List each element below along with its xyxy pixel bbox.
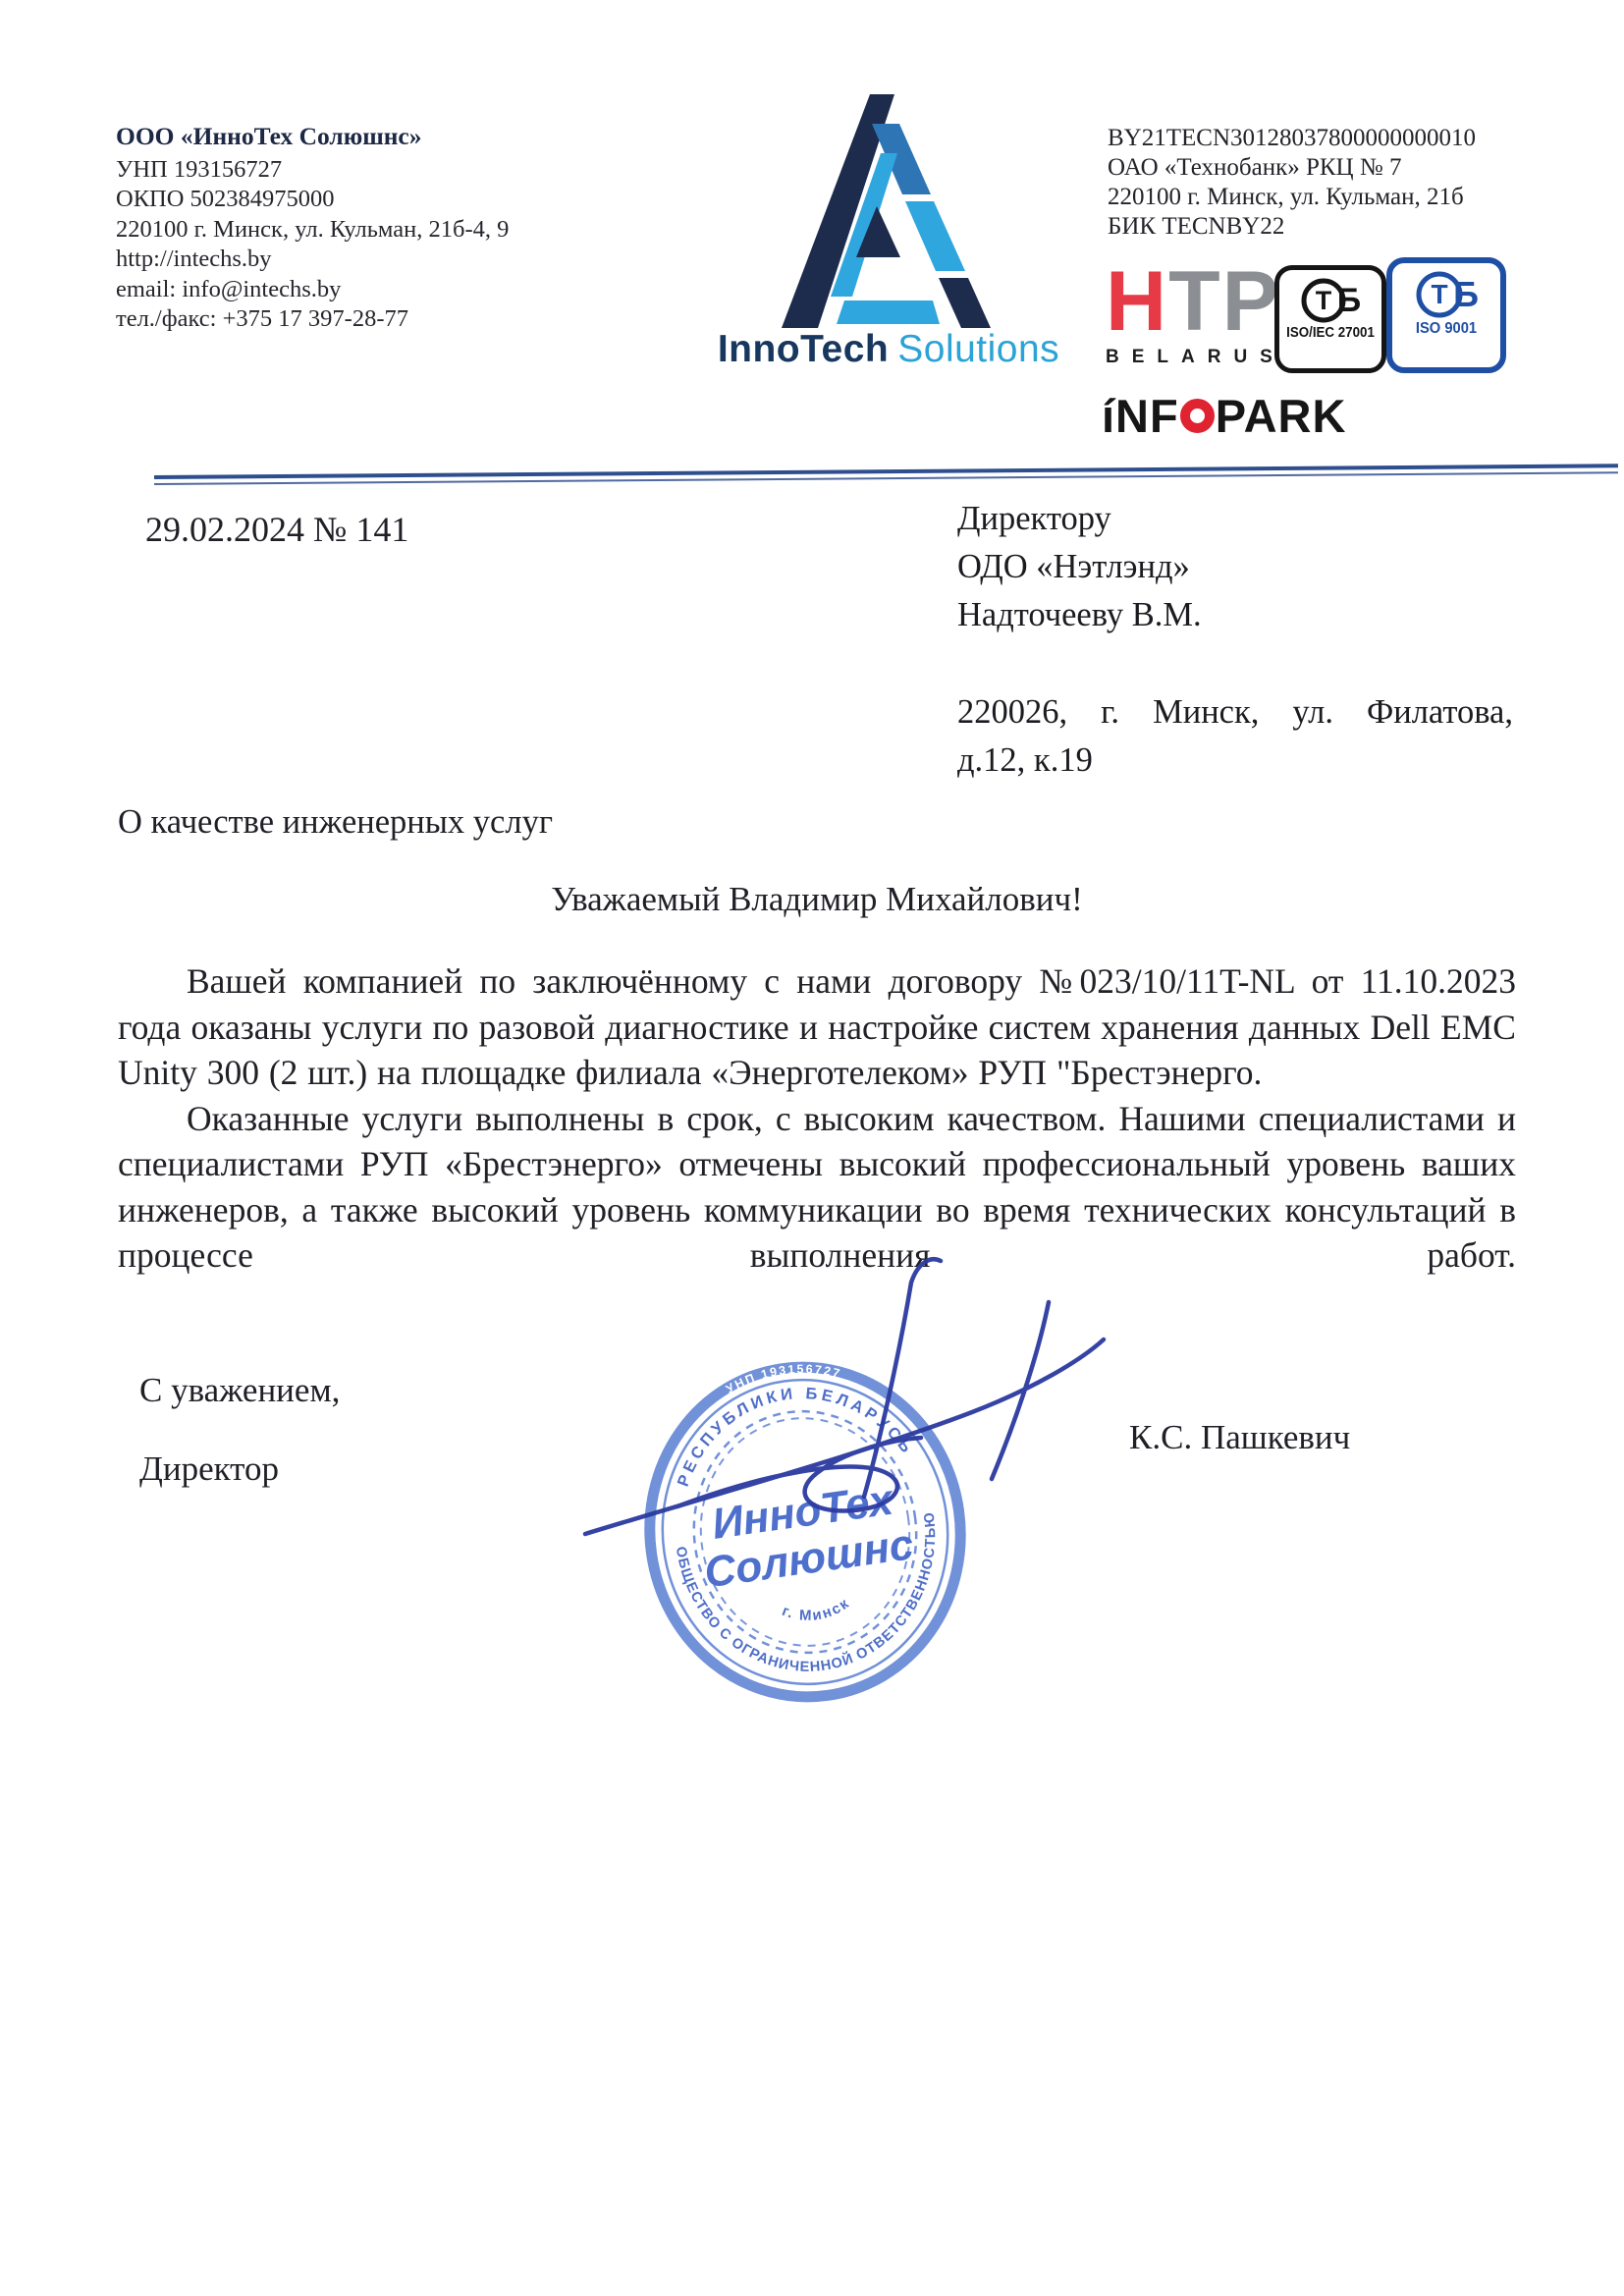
svg-text:Т: Т <box>1431 279 1447 309</box>
sender-company-name: ООО «ИнноТех Солюшнс» <box>116 122 509 152</box>
htp-letters-tp: TP <box>1168 254 1280 349</box>
svg-text:г. Минск: г. Минск <box>778 1593 855 1628</box>
recipient-address-line2: д.12, к.19 <box>957 737 1513 785</box>
signer-title: Директор <box>139 1449 279 1489</box>
stb-mark-icon: Т Б <box>1414 269 1479 320</box>
htp-caption: BELARUS <box>1106 347 1285 368</box>
recipient-block: Директору ОДО «Нэтлэнд» Надточееву В.М. … <box>957 495 1513 785</box>
sender-okpo: ОКПО 502384975000 <box>116 185 509 215</box>
sender-phone: тел./факс: +375 17 397-28-77 <box>116 304 509 335</box>
letter-body: Вашей компанией по заключённому с нами д… <box>118 958 1516 1279</box>
htp-letters: HTP <box>1106 261 1285 342</box>
wordmark-innotech: InnoTech <box>718 328 889 370</box>
body-paragraph-1: Вашей компанией по заключённому с нами д… <box>118 958 1516 1096</box>
recipient-address-line1: 220026, г. Минск, ул. Филатова, <box>957 688 1513 737</box>
bank-iban: BY21TECN30128037800000000010 <box>1108 124 1476 153</box>
iso-27001-label: ISO/IEC 27001 <box>1283 325 1378 341</box>
bank-details-block: BY21TECN30128037800000000010 ОАО «Техноб… <box>1108 124 1476 242</box>
letter-subject: О качестве инженерных услуг <box>118 803 553 842</box>
bank-address: 220100 г. Минск, ул. Кульман, 21б <box>1108 183 1476 212</box>
infopark-pre: íNF <box>1102 390 1179 442</box>
svg-text:Б: Б <box>1453 274 1479 314</box>
sender-email: email: info@intechs.by <box>116 275 509 305</box>
recipient-person: Надточееву В.М. <box>957 591 1513 639</box>
infopark-logo: íNFPARK <box>1102 389 1346 443</box>
signature-ink <box>550 1239 1139 1563</box>
svg-text:Б: Б <box>1337 282 1361 319</box>
scanned-letter-page: ООО «ИнноТех Солюшнс» УНП 193156727 ОКПО… <box>0 0 1624 2296</box>
innotech-logo-icon <box>766 88 994 330</box>
reference-date-number: 29.02.2024 № 141 <box>145 509 408 550</box>
innotech-wordmark: InnoTechSolutions <box>692 328 1085 371</box>
salutation: Уважаемый Владимир Михайлович! <box>118 880 1516 919</box>
sender-address: 220100 г. Минск, ул. Кульман, 21б-4, 9 <box>116 215 509 246</box>
closing-regards: С уважением, <box>139 1371 340 1410</box>
htp-letter-h: H <box>1106 254 1168 349</box>
sender-block: ООО «ИнноТех Солюшнс» УНП 193156727 ОКПО… <box>116 122 509 335</box>
iso-9001-badge: Т Б ISO 9001 <box>1386 257 1506 373</box>
sender-unp: УНП 193156727 <box>116 155 509 186</box>
recipient-position: Директору <box>957 495 1513 543</box>
recipient-company: ОДО «Нэтлэнд» <box>957 543 1513 591</box>
infopark-o-icon <box>1180 399 1215 433</box>
sender-website: http://intechs.by <box>116 245 509 275</box>
bank-bic: БИК TECNBY22 <box>1108 212 1476 242</box>
htp-belarus-logo: HTP BELARUS <box>1106 261 1285 368</box>
signer-name: К.С. Пашкевич <box>1129 1418 1350 1457</box>
svg-text:Т: Т <box>1316 286 1332 315</box>
iso-27001-badge: Т Б ISO/IEC 27001 <box>1274 265 1386 373</box>
infopark-post: PARK <box>1216 390 1347 442</box>
bank-name: ОАО «Технобанк» РКЦ № 7 <box>1108 153 1476 183</box>
wordmark-solutions: Solutions <box>897 328 1059 370</box>
iso-9001-label: ISO 9001 <box>1396 320 1495 338</box>
stb-mark-icon: Т Б <box>1298 276 1363 325</box>
